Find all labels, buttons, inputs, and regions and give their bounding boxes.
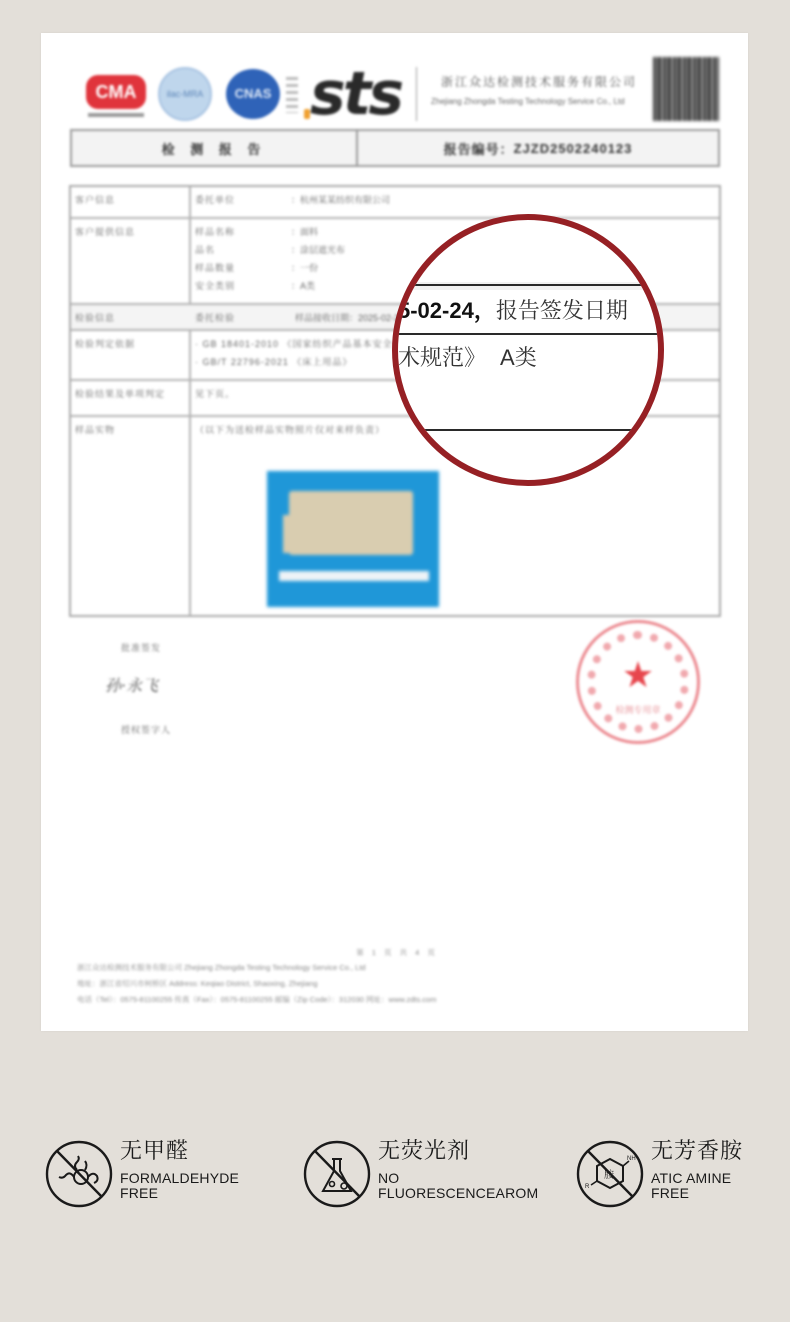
ilac-logo: ilac-MRA xyxy=(158,67,212,121)
svg-text:NH: NH xyxy=(627,1156,636,1162)
cma-logo: CMA xyxy=(86,75,146,109)
badge-text: 无芳香胺 ATIC AMINE FREE xyxy=(651,1139,743,1201)
badge-title-cn: 无荧光剂 xyxy=(378,1139,538,1165)
company-name-cn: 浙江众达检测技术服务有限公司 xyxy=(441,73,651,87)
approver-label: 批准签发 xyxy=(121,641,161,654)
report-number-label: 报告编号： xyxy=(444,139,514,158)
cma-logo-caption xyxy=(88,113,144,117)
company-name-en: Zhejiang Zhongda Testing Technology Serv… xyxy=(431,97,625,106)
row-field: 样品名称 xyxy=(195,225,235,238)
magnifier-standard-text: 术规范》 xyxy=(398,345,486,370)
magnifier-table-line xyxy=(398,284,658,286)
no-formaldehyde-icon xyxy=(44,1139,114,1209)
row-field: 委托单位 xyxy=(195,193,235,206)
row-label: 样品实物 xyxy=(75,423,115,436)
magnifier-zoom-callout: 5-02-24，报告签发日期 术规范》A类 xyxy=(392,214,664,486)
fabric-sample xyxy=(289,491,413,555)
badge-formaldehyde-free: 无甲醛 FORMALDEHYDE FREE xyxy=(44,1139,239,1211)
row-field: 委托检验 xyxy=(195,311,235,324)
badge-title-cn: 无芳香胺 xyxy=(651,1139,743,1165)
reviewer-label: 授权签字人 xyxy=(121,723,171,736)
test-report-document: CMA ilac-MRA CNAS sts 浙江众达检测技术服务有限公司 Zhe… xyxy=(41,33,748,1031)
row-label: 检验信息 xyxy=(75,311,115,324)
row-value: ：A类 xyxy=(291,279,315,292)
signature: 孙·永飞 xyxy=(105,673,158,696)
badge-title-en-2: FREE xyxy=(120,1186,239,1201)
badge-text: 无甲醛 FORMALDEHYDE FREE xyxy=(120,1139,239,1201)
row-value: · GB/T 22796-2021 《床上用品》 xyxy=(195,355,352,368)
logo-small-text xyxy=(286,77,298,113)
report-title-bar: 检 测 报 告 报告编号： ZJZD2502240123 xyxy=(70,129,720,167)
row-field: 安全类别 xyxy=(195,279,235,292)
badge-title-en-2: FREE xyxy=(651,1186,743,1201)
row-label: 客户信息 xyxy=(75,193,115,206)
row-field: 样品数量 xyxy=(195,261,235,274)
magnifier-date: 5-02-24， xyxy=(398,298,496,323)
no-aromatic-amine-icon: NH R 胺 xyxy=(575,1139,645,1209)
certification-logos: CMA ilac-MRA CNAS sts 浙江众达检测技术服务有限公司 Zhe… xyxy=(86,67,726,127)
magnifier-table-line xyxy=(398,333,658,335)
row-field: 品名 xyxy=(195,243,215,256)
page-number: 第 1 页 共 4 页 xyxy=(77,947,717,958)
magnifier-date-line: 5-02-24，报告签发日期 xyxy=(398,294,628,325)
row-label: 检验结果及单项判定 xyxy=(75,387,165,400)
no-fluorescence-icon xyxy=(302,1139,372,1209)
star-icon: ★ xyxy=(579,657,697,693)
table-row: 客户信息 委托单位 ：杭州某某纺织有限公司 xyxy=(71,187,719,219)
report-number-value: ZJZD2502240123 xyxy=(514,141,633,156)
footer-company: 浙江众达检测技术服务有限公司 Zhejiang Zhongda Testing … xyxy=(77,962,717,973)
report-title: 检 测 报 告 xyxy=(72,131,358,165)
document-footer: 第 1 页 共 4 页 浙江众达检测技术服务有限公司 Zhejiang Zhon… xyxy=(77,947,717,1010)
badge-no-fluorescence: 无荧光剂 NO FLUORESCENCEAROM xyxy=(302,1139,538,1211)
sample-label-strip xyxy=(279,571,429,581)
row-label: 客户提供信息 xyxy=(75,225,135,238)
badge-text: 无荧光剂 NO FLUORESCENCEAROM xyxy=(378,1139,538,1201)
stamp-text: 检测专用章 xyxy=(579,703,697,716)
sample-photo xyxy=(267,471,439,607)
magnifier-safety-grade: A类 xyxy=(500,345,537,370)
logo-divider xyxy=(416,67,417,121)
report-number: 报告编号： ZJZD2502240123 xyxy=(358,131,718,165)
magnifier-standard-line: 术规范》A类 xyxy=(398,341,537,372)
badge-aromatic-amine-free: NH R 胺 无芳香胺 ATIC AMINE FREE xyxy=(575,1139,743,1211)
qr-code xyxy=(653,57,719,121)
badge-title-en-1: NO xyxy=(378,1171,538,1186)
badge-title-cn: 无甲醛 xyxy=(120,1139,239,1165)
cnas-logo: CNAS xyxy=(226,69,280,119)
svg-text:胺: 胺 xyxy=(604,1168,614,1181)
row-value: ：涂层遮光布 xyxy=(291,243,345,256)
footer-address: 地址：浙江省绍兴市柯桥区 Address: Keqiao District, S… xyxy=(77,978,717,989)
row-value: 见下页。 xyxy=(195,387,235,400)
footer-contact: 电话（Tel）：0575-81100255 传真（Fax）：0575-81100… xyxy=(77,994,717,1005)
row-value: ：面料 xyxy=(291,225,318,238)
official-stamp: ★ 检测专用章 xyxy=(576,620,700,744)
badge-title-en-1: ATIC AMINE xyxy=(651,1171,743,1186)
row-value: （以下为送检样品实物照片仅对来样负责） xyxy=(195,423,385,436)
row-label: 检验判定依据 xyxy=(75,337,135,350)
sts-brand-logo: sts xyxy=(310,59,401,129)
badge-title-en-2: FLUORESCENCEAROM xyxy=(378,1186,538,1201)
svg-text:R: R xyxy=(585,1184,590,1190)
row-value: ：杭州某某纺织有限公司 xyxy=(291,193,390,206)
magnifier-table-line xyxy=(398,429,658,431)
badge-title-en-1: FORMALDEHYDE xyxy=(120,1171,239,1186)
row-value: ：一份 xyxy=(291,261,318,274)
magnifier-issue-date-label: 报告签发日期 xyxy=(496,298,628,323)
